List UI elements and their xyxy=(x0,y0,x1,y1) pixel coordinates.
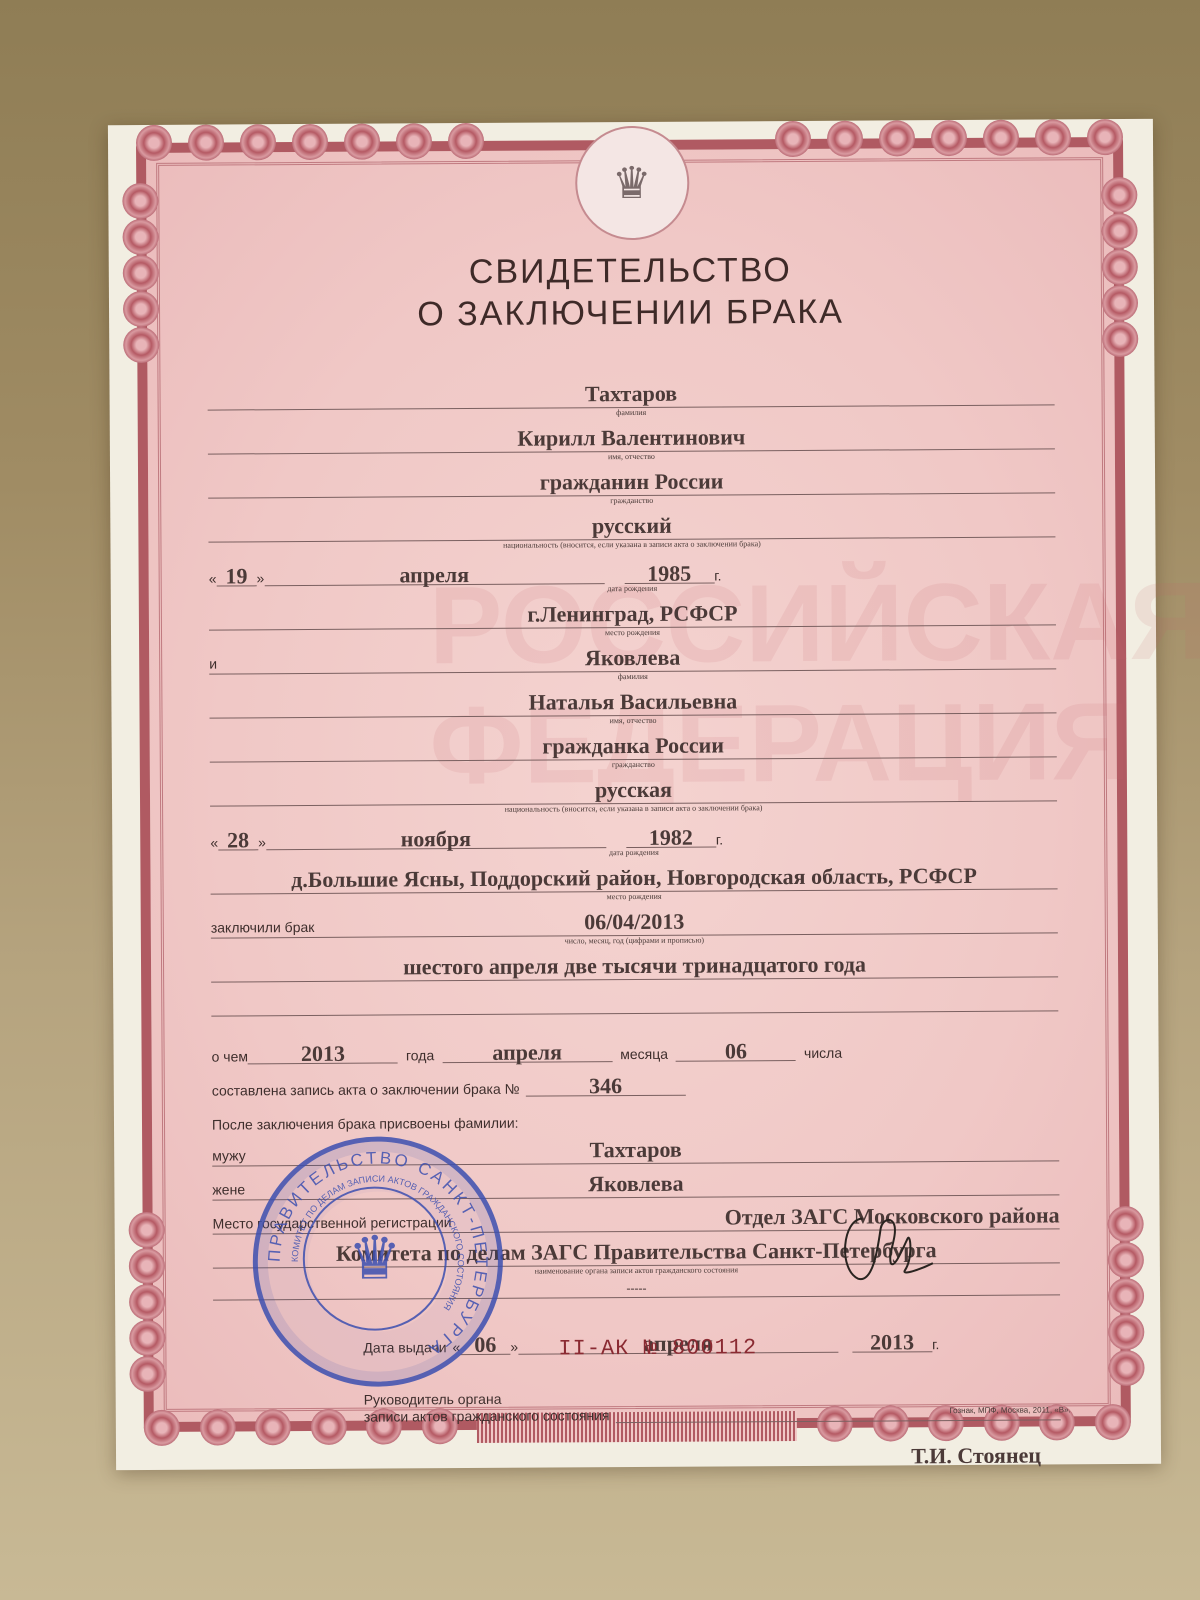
wife-name-field: Наталья Васильевна xyxy=(209,682,1056,718)
official-stamp: ПРАВИТЕЛЬСТВО САНКТ-ПЕТЕРБУРГА КОМИТЕТ П… xyxy=(252,1136,504,1388)
husband-citizenship-field: гражданин России xyxy=(208,462,1055,498)
signatory-block: Руководитель органа записи актов граждан… xyxy=(214,1387,1061,1469)
wife-birth-date-field: « 28 » ноября 1982 г. xyxy=(210,811,1057,850)
document-title: СВИДЕТЕЛЬСТВО О ЗАКЛЮЧЕНИИ БРАКА xyxy=(207,247,1054,336)
printer-imprint: Гознак, МПФ, Москва, 2011, «В». xyxy=(949,1405,1071,1415)
husband-nationality-field: русский xyxy=(208,506,1055,542)
wife-surname-field: и Яковлева xyxy=(209,638,1056,674)
ornamental-frame: ♛ РОССИЙСКАЯФЕДЕРАЦИЯ СВИДЕТЕЛЬСТВО О ЗА… xyxy=(136,137,1131,1432)
signatory-name: Т.И. Стоянец xyxy=(911,1443,1041,1469)
marriage-date-words-field: шестого апреля две тысячи тринадцатого г… xyxy=(211,946,1058,982)
left-border-ornament xyxy=(122,183,165,1392)
serial-number: II-АК № 800112 xyxy=(558,1335,757,1361)
marriage-date-field: заключили брак 06/04/2013 xyxy=(211,902,1058,938)
blank-line xyxy=(211,980,1058,1016)
surnames-after-heading: После заключения брака присвоены фамилии… xyxy=(212,1115,519,1133)
stamp-eagle-icon: ♛ xyxy=(302,1186,447,1331)
wife-citizenship-field: гражданка России xyxy=(210,726,1057,762)
husband-birth-place-field: г.Ленинград, РСФСР xyxy=(209,594,1056,630)
husband-name-field: Кирилл Валентинович xyxy=(208,418,1055,454)
record-date-field: о чем 2013 года апреля месяца 06 числа xyxy=(211,1025,1058,1064)
wife-nationality-field: русская xyxy=(210,770,1057,806)
coat-of-arms-icon: ♛ xyxy=(574,126,689,241)
signature-icon xyxy=(833,1208,943,1289)
wife-birth-place-field: д.Большие Ясны, Поддорский район, Новгор… xyxy=(210,858,1057,894)
certificate-paper: ♛ РОССИЙСКАЯФЕДЕРАЦИЯ СВИДЕТЕЛЬСТВО О ЗА… xyxy=(108,119,1161,1470)
husband-birth-date-field: « 19 » апреля 1985 г. xyxy=(209,547,1056,586)
husband-surname-field: Тахтаров xyxy=(207,374,1054,410)
